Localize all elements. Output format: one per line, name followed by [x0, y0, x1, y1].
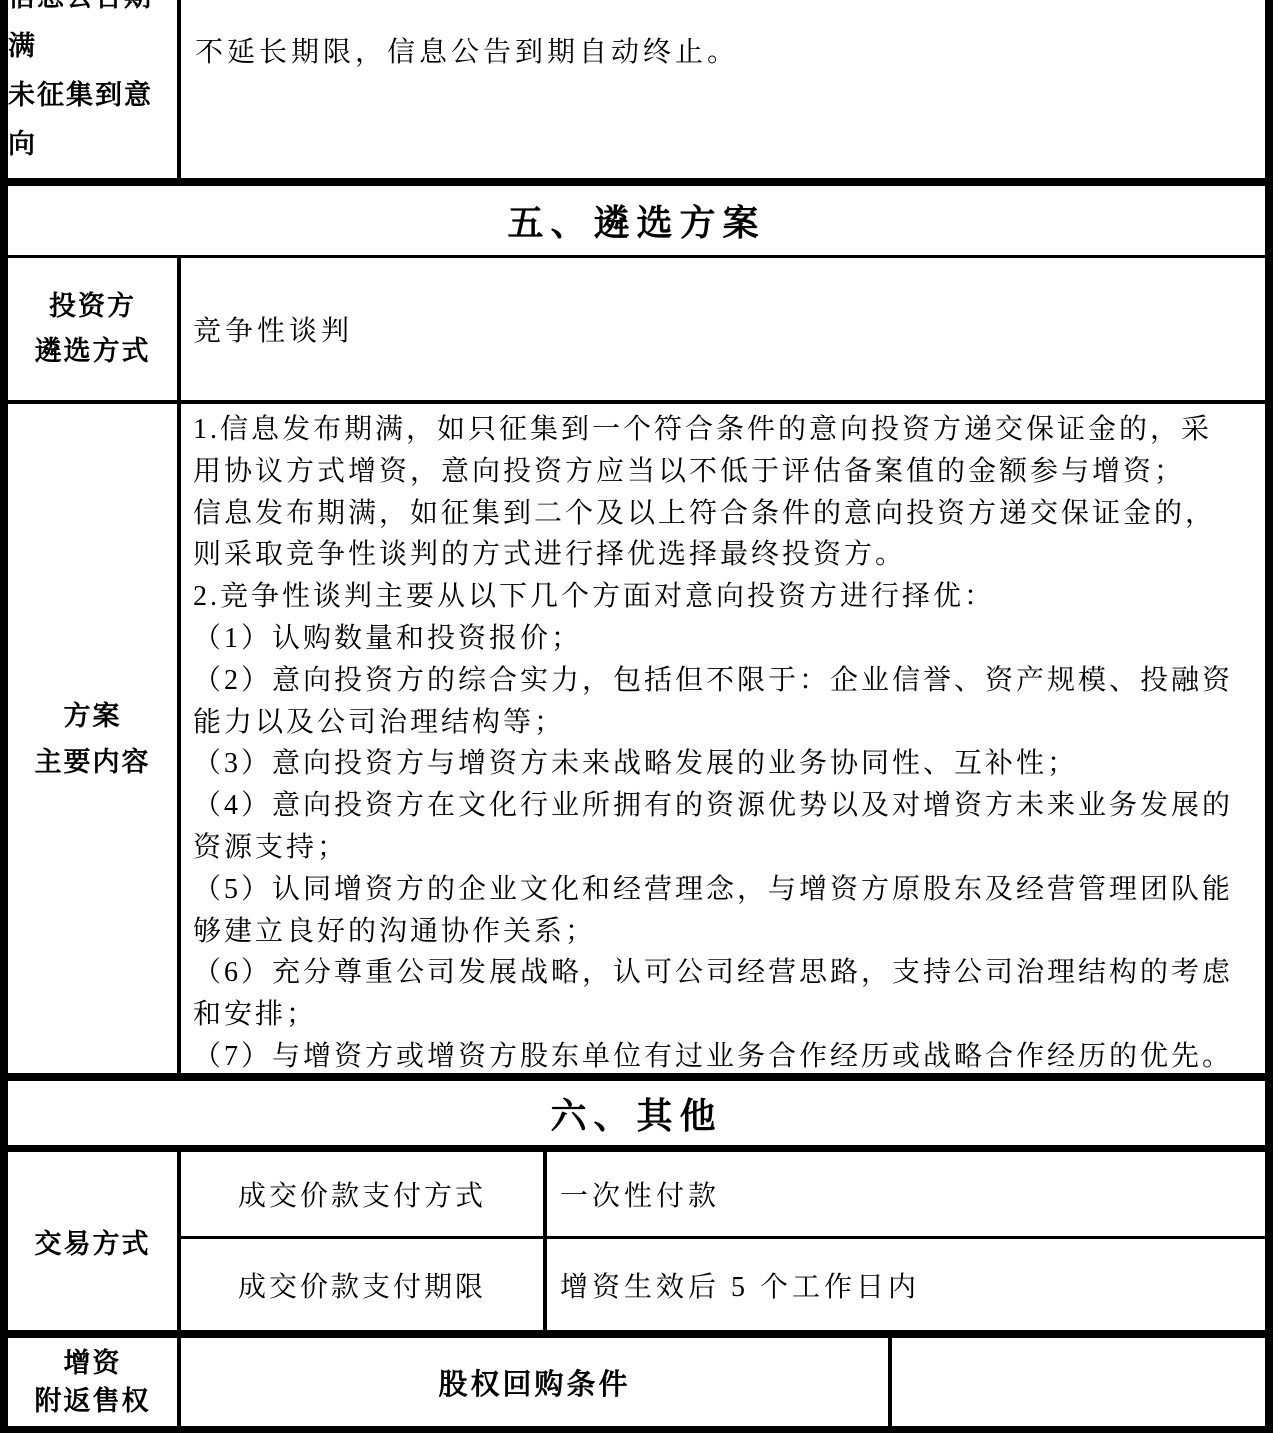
cell-payment-deadline-value: 增资生效后 5 个工作日内	[547, 1239, 1265, 1330]
plan-content-line: 能力以及公司治理结构等；	[193, 702, 1261, 744]
column-separator	[177, 1338, 181, 1426]
cell-payment-method-name: 成交价款支付方式	[181, 1152, 543, 1236]
subcolumn-separator	[543, 1152, 547, 1330]
plan-content-line: （6）充分尊重公司发展战略，认可公司经营思路，支持公司治理结构的考虑	[193, 952, 1261, 994]
cell-transaction-method-label: 交易方式	[8, 1152, 177, 1330]
plan-content-line: 用协议方式增资，意向投资方应当以不低于评估备案值的金额参与增资；	[193, 451, 1261, 493]
plan-content-line: （4）意向投资方在文化行业所拥有的资源优势以及对增资方未来业务发展的	[193, 785, 1261, 827]
cell-plan-content-label: 方案 主要内容	[8, 404, 177, 1073]
plan-content-line: 够建立良好的沟通协作关系；	[193, 911, 1261, 953]
plan-content-line: 信息发布期满，如征集到二个及以上符合条件的意向投资方递交保证金的，	[193, 493, 1261, 535]
cell-plan-content-value: 1.信息发布期满，如只征集到一个符合条件的意向投资方递交保证金的，采 用协议方式…	[181, 404, 1265, 1073]
table-rule	[0, 255, 1273, 258]
plan-content-line: 则采取竞争性谈判的方式进行择优选择最终投资方。	[193, 534, 1261, 576]
section-header-other: 六、其他	[8, 1081, 1265, 1145]
plan-content-line: （2）意向投资方的综合实力，包括但不限于：企业信誉、资产规模、投融资	[193, 660, 1261, 702]
column-separator	[177, 1152, 181, 1330]
plan-content-line: 和安排；	[193, 994, 1261, 1036]
plan-content-line: （7）与增资方或增资方股东单位有过业务合作经历或战略合作经历的优先。	[193, 1036, 1261, 1073]
cell-buyback-condition-value	[892, 1338, 1265, 1426]
plan-content-line: （1）认购数量和投资报价；	[193, 618, 1261, 660]
table-border-left	[0, 0, 8, 1433]
table-border-right	[1265, 0, 1273, 1433]
plan-content-line: （5）认同增资方的企业文化和经营理念，与增资方原股东及经营管理团队能	[193, 869, 1261, 911]
plan-content-line: （3）意向投资方与增资方未来战略发展的业务协同性、互补性；	[193, 743, 1261, 785]
table-rule-thick	[0, 178, 1273, 186]
cell-selection-method-label: 投资方 遴选方式	[8, 258, 177, 400]
column-separator	[177, 0, 181, 178]
label-line: 未征集到意向	[8, 71, 177, 169]
cell-buyback-condition-title: 股权回购条件	[181, 1338, 888, 1426]
cell-payment-method-value: 一次性付款	[547, 1152, 1265, 1236]
table-border-bottom	[0, 1426, 1273, 1433]
label-line: 投资方的处理	[8, 169, 177, 178]
label-line: 遴选方式	[35, 329, 151, 374]
cell-buyback-right-label: 增资 附返售权	[8, 1338, 177, 1426]
cell-selection-method-value: 竞争性谈判	[181, 258, 1265, 400]
plan-content-line: 2.竞争性谈判主要从以下几个方面对意向投资方进行择优：	[193, 576, 1261, 618]
plan-content-line: 资源支持；	[193, 827, 1261, 869]
label-line: 投资方	[49, 284, 136, 329]
table-rule	[0, 400, 1273, 404]
table-rule-thick	[0, 1145, 1273, 1152]
cell-no-investor-handling-value: 不延长期限，信息公告到期自动终止。	[181, 0, 1265, 178]
cell-payment-deadline-name: 成交价款支付期限	[181, 1239, 543, 1330]
column-separator	[177, 404, 181, 1073]
document-page: 信息公告期满 未征集到意向 投资方的处理 方式 不延长期限，信息公告到期自动终止…	[0, 0, 1273, 1433]
column-separator	[177, 258, 181, 400]
table-rule	[181, 1236, 1273, 1239]
subcolumn-separator	[888, 1338, 892, 1426]
label-line: 主要内容	[35, 739, 151, 785]
label-line: 增资	[64, 1344, 122, 1382]
label-line: 信息公告期满	[8, 0, 177, 71]
section-header-selection-plan: 五、遴选方案	[8, 186, 1265, 255]
plan-content-line: 1.信息发布期满，如只征集到一个符合条件的意向投资方递交保证金的，采	[193, 409, 1261, 451]
table-rule-thick	[0, 1330, 1273, 1338]
cell-no-investor-handling-label: 信息公告期满 未征集到意向 投资方的处理 方式	[8, 0, 177, 178]
label-line: 方案	[64, 693, 122, 739]
table-rule-thick	[0, 1073, 1273, 1081]
label-line: 附返售权	[35, 1382, 151, 1420]
